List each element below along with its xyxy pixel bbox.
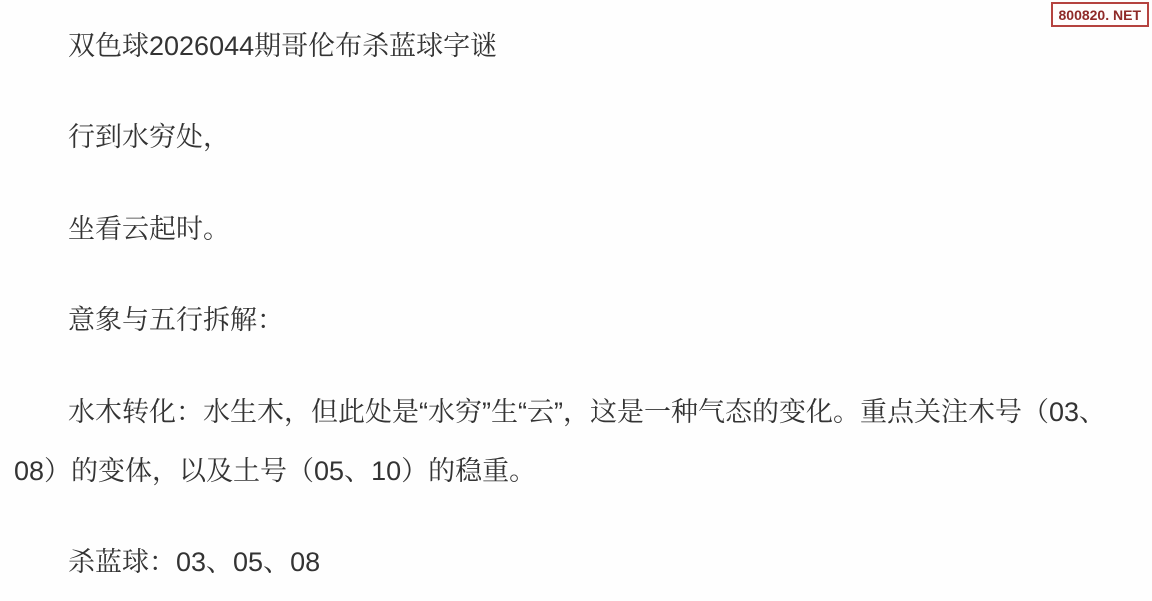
analysis-paragraph: 水木转化：水生木，但此处是“水穷”生“云”，这是一种气态的变化。重点关注木号（0… — [14, 383, 1116, 502]
article-body: 双色球2026044期哥伦布杀蓝球字谜 行到水穷处， 坐看云起时。 意象与五行拆… — [0, 0, 1152, 593]
section-heading-analysis: 意象与五行拆解： — [14, 291, 1116, 350]
article-title: 双色球2026044期哥伦布杀蓝球字谜 — [14, 17, 1116, 76]
kill-blue-ball-result: 杀蓝球：03、05、08 — [14, 533, 1116, 592]
site-watermark-badge: 800820. NET — [1051, 2, 1150, 27]
poem-line-1: 行到水穷处， — [14, 108, 1116, 167]
poem-line-2: 坐看云起时。 — [14, 200, 1116, 259]
